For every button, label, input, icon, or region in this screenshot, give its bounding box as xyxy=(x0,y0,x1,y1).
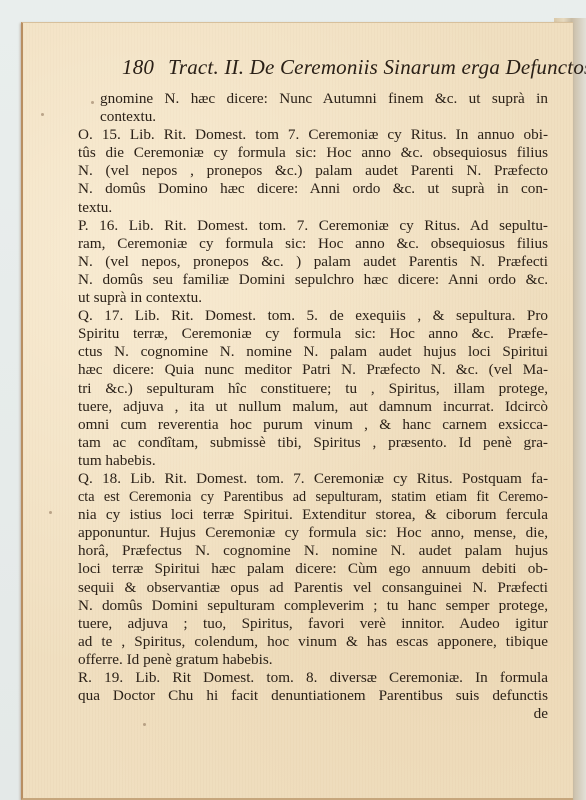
text-line: 18. Lib. Rit. Domest. tom. 7. Ceremoniæ … xyxy=(102,470,548,487)
text-line: contextu. xyxy=(100,108,548,126)
text-line: N. (vel nepos, pronepos &c. ) palam aude… xyxy=(100,253,548,271)
paper-spot xyxy=(49,511,52,514)
text-line: nia cy istius loci terræ Spiritui. Exten… xyxy=(100,506,548,524)
text-line: N. domûs Domino hæc dicere: Anni ordo &c… xyxy=(100,180,548,198)
paragraph-marker: Q. xyxy=(78,470,93,487)
text-line: ad te , Spiritus, colendum, hoc vinum & … xyxy=(100,633,548,651)
text-line: tuere, adjuva ; tuo, Spiritus, favori ve… xyxy=(100,615,548,633)
text-line: ut suprà in contextu. xyxy=(100,289,548,307)
text-line: N. domûs seu familiæ Domini sepulchro hæ… xyxy=(100,271,548,289)
page-number: 180 xyxy=(122,55,154,79)
text-line: offerre. Id penè gratum habebis. xyxy=(100,651,548,669)
text-line: 16. Lib. Rit. Domest. tom. 7. Ceremoniæ … xyxy=(99,217,548,234)
paragraph-marker: O. xyxy=(78,126,93,143)
paragraph-P-16: P. 16. Lib. Rit. Domest. tom. 7. Ceremon… xyxy=(78,217,548,307)
text-line: 15. Lib. Rit. Domest. tom 7. Ceremoniæ c… xyxy=(102,126,548,143)
text-line: ram, Ceremoniæ cy formula sic: Hoc anno … xyxy=(100,235,548,253)
running-head: 180Tract. II. De Ceremoniis Sinarum erga… xyxy=(122,55,548,80)
text-line: 19. Lib. Rit Domest. tom. 8. diversæ Cer… xyxy=(104,669,548,686)
text-line: tri &c.) sepulturam hîc constituere; tu … xyxy=(100,380,548,398)
paper-spot xyxy=(41,113,44,116)
text-line: hæc dicere: Quia nunc meditor Patri N. P… xyxy=(100,361,548,379)
text-line: loci terræ Spiritui hæc palam dicere: Cù… xyxy=(100,560,548,578)
text-line: N. (vel nepos , pronepos &c.) palam aude… xyxy=(100,162,548,180)
paragraph-Q-18: Q. 18. Lib. Rit. Domest. tom. 7. Ceremon… xyxy=(78,470,548,669)
text-line: 17. Lib. Rit. Domest. tom. 5. de exequii… xyxy=(104,307,548,324)
catchword: de xyxy=(100,705,548,723)
paragraph-marker: Q. xyxy=(78,307,93,324)
paragraph-O-15: O. 15. Lib. Rit. Domest. tom 7. Ceremoni… xyxy=(78,126,548,216)
text-line: Spiritu terræ, Ceremoniæ cy formula sic:… xyxy=(100,325,548,343)
paragraph-marker: P. xyxy=(78,217,89,234)
text-line: tuere, adjuva , ita ut nullum malum, aut… xyxy=(100,398,548,416)
text-line: omni cum reverentia hoc purum vinum , & … xyxy=(100,416,548,434)
text-line: ctus N. cognomine N. nomine N. palam aud… xyxy=(100,343,548,361)
text-line: qua Doctor Chu hi facit denuntiationem P… xyxy=(100,687,548,705)
page-text: 180Tract. II. De Ceremoniis Sinarum erga… xyxy=(78,55,548,723)
running-title: Tract. II. De Ceremoniis Sinarum erga De… xyxy=(168,55,586,79)
paragraph-continued: gnomine N. hæc dicere: Nunc Autumni fine… xyxy=(78,90,548,126)
text-line: apponuntur. Hujus Ceremoniæ cy formula s… xyxy=(100,524,548,542)
paragraph-marker: R. xyxy=(78,669,92,686)
text-line: tam ac condîtam, submissè tibi, Spiritus… xyxy=(100,434,548,452)
text-line: tûs die Ceremoniæ cy formula sic: Hoc an… xyxy=(100,144,548,162)
text-line: sequii & observantiæ opus ad Parentis ve… xyxy=(100,579,548,597)
text-line: horâ, Præfectus N. cognomine N. nomine N… xyxy=(100,542,548,560)
text-line: textu. xyxy=(100,199,548,217)
text-line: cta est Ceremonia cy Parentibus ad sepul… xyxy=(100,488,548,506)
scanned-page-viewer: 180Tract. II. De Ceremoniis Sinarum erga… xyxy=(0,0,586,800)
text-line: tum habebis. xyxy=(100,452,548,470)
text-line: N. domûs Domini sepulturam compleverim ;… xyxy=(100,597,548,615)
text-line: gnomine N. hæc dicere: Nunc Autumni fine… xyxy=(100,90,548,108)
paper-spot xyxy=(143,723,146,726)
paragraph-R-19: R. 19. Lib. Rit Domest. tom. 8. diversæ … xyxy=(78,669,548,723)
paragraph-Q-17: Q. 17. Lib. Rit. Domest. tom. 5. de exeq… xyxy=(78,307,548,470)
